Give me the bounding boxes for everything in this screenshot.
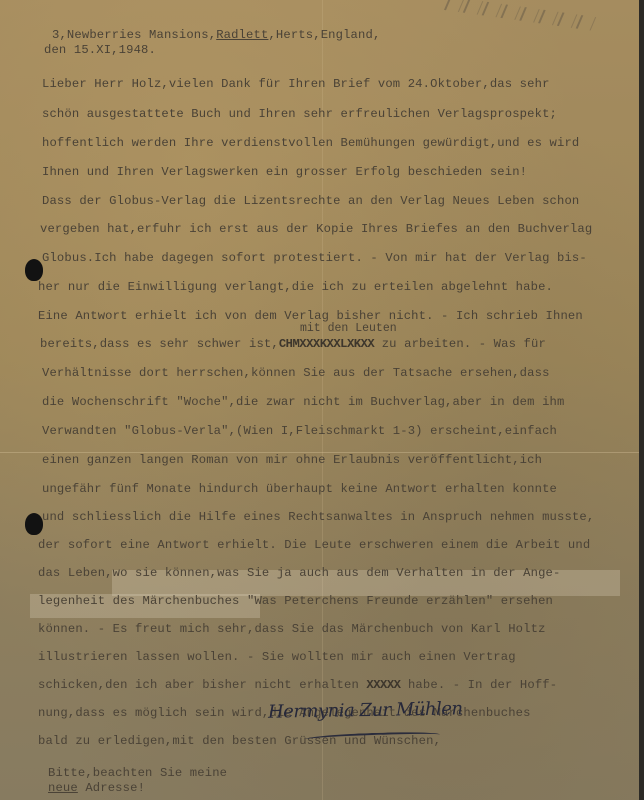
- handwritten-signature: Hermynia Zur Mühlen: [268, 698, 463, 722]
- punch-hole-bottom: [25, 513, 43, 535]
- body-line: Lieber Herr Holz,vielen Dank für Ihren B…: [42, 77, 550, 91]
- struck-out-text: XXXXX: [366, 678, 400, 692]
- pencil-archive-annotation: [444, 0, 616, 48]
- body-line-with-strikeout: bereits,dass es sehr schwer ist,CHMXXXKX…: [40, 337, 546, 351]
- body-line: die Wochenschrift "Woche",die zwar nicht…: [42, 395, 564, 409]
- body-line: vergeben hat,erfuhr ich erst aus der Kop…: [40, 222, 592, 236]
- body-line: das Leben,wo sie können,was Sie ja auch …: [38, 566, 560, 580]
- body-line-with-strikeout: schicken,den ich aber bisher nicht erhal…: [38, 678, 557, 692]
- body-line: Eine Antwort erhielt ich von dem Verlag …: [38, 309, 583, 323]
- scan-right-edge: [639, 0, 644, 800]
- body-line: und schliesslich die Hilfe eines Rechtsa…: [42, 510, 594, 524]
- body-line: der sofort eine Antwort erhielt. Die Leu…: [38, 538, 590, 552]
- punch-hole-top: [25, 259, 43, 281]
- body-line-highlighted: illustrieren lassen wollen. - Sie wollte…: [38, 650, 516, 664]
- body-line: Verwandten "Globus-Verla",(Wien I,Fleisc…: [42, 424, 557, 438]
- body-line: her nur die Einwilligung verlangt,die ic…: [38, 280, 553, 294]
- town-underlined: Radlett: [216, 28, 268, 42]
- interlinear-correction: mit den Leuten: [300, 322, 397, 335]
- postscript-line-2: neue Adresse!: [48, 781, 145, 795]
- letter-date: den 15.XI,1948.: [44, 43, 156, 57]
- body-line-highlighted: können. - Es freut mich sehr,dass Sie da…: [38, 622, 546, 636]
- underlined-word: neue: [48, 781, 78, 795]
- body-line: hoffentlich werden Ihre verdienstvollen …: [42, 136, 579, 150]
- postscript-line-1: Bitte,beachten Sie meine: [48, 766, 227, 780]
- body-line: Verhältnisse dort herrschen,können Sie a…: [42, 366, 550, 380]
- body-line: Globus.Ich habe dagegen sofort protestie…: [42, 251, 587, 265]
- body-line: Ihnen und Ihren Verlagswerken ein grosse…: [42, 165, 527, 179]
- sender-address-line: 3,Newberries Mansions,Radlett,Herts,Engl…: [52, 28, 380, 42]
- body-line: ungefähr fünf Monate hindurch überhaupt …: [42, 482, 557, 496]
- body-line: schön ausgestattete Buch und Ihren sehr …: [42, 107, 557, 121]
- body-line: einen ganzen langen Roman von mir ohne E…: [42, 453, 542, 467]
- body-line: Dass der Globus-Verlag die Lizentsrechte…: [42, 194, 579, 208]
- body-line: legenheit des Märchenbuches "Was Peterch…: [38, 594, 553, 608]
- letter-paper: 3,Newberries Mansions,Radlett,Herts,Engl…: [0, 0, 639, 800]
- struck-out-text: CHMXXXKXXLXKXX: [279, 337, 374, 351]
